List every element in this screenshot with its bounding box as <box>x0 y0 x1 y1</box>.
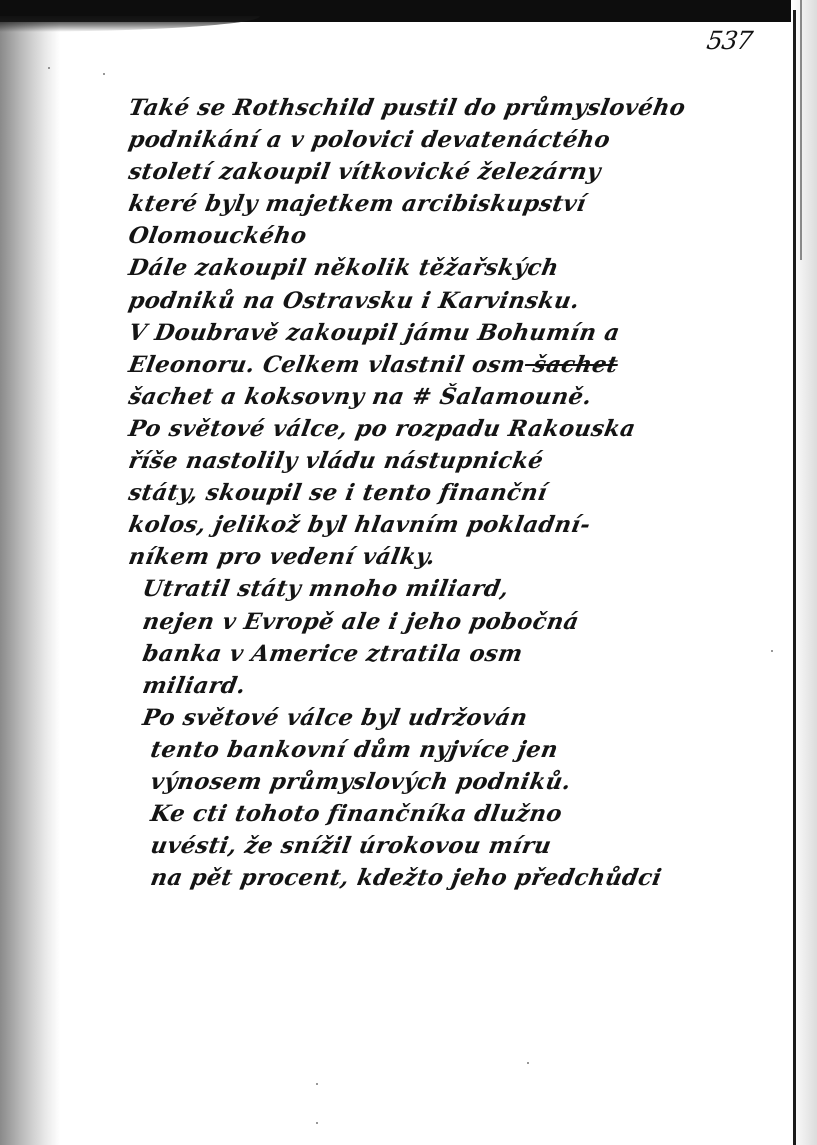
manuscript-line: podniků na Ostravsku i Karvinsku. <box>126 285 802 317</box>
manuscript-line: podnikání a v polovici devatenáctého <box>126 124 802 156</box>
manuscript-line-text: miliard. <box>141 673 248 699</box>
manuscript-line: miliard. <box>126 670 802 702</box>
manuscript-line: Olomouckého <box>126 220 802 252</box>
scan-top-border <box>0 0 817 22</box>
manuscript-line-text: tento bankovní dům nyjvíce jen <box>149 737 561 763</box>
manuscript-line-text: výnosem průmyslových podniků. <box>149 769 574 795</box>
manuscript-line-text: Po světové válce byl udržován <box>141 705 530 731</box>
manuscript-line-text: banka v Americe ztratila osm <box>141 641 525 667</box>
page-number: 537 <box>705 26 754 55</box>
manuscript-line: které byly majetkem arcibiskupství <box>126 188 802 220</box>
manuscript-line-text: podniků na Ostravsku i Karvinsku. <box>127 288 582 314</box>
manuscript-line-text: Dále zakoupil několik těžařských <box>127 255 561 281</box>
manuscript-line: Po světové válce, po rozpadu Rakouska <box>126 413 802 445</box>
manuscript-line: šachet a koksovny na # Šalamouně. <box>126 381 802 413</box>
manuscript-line-text: V Doubravě zakoupil jámu Bohumín a <box>127 320 622 346</box>
manuscript-line-text: Také se Rothschild pustil do průmyslovéh… <box>127 95 688 121</box>
manuscript-line-text: říše nastolily vládu nástupnické <box>127 448 546 474</box>
manuscript-line: století zakoupil vítkovické železárny <box>126 156 802 188</box>
manuscript-line: V Doubravě zakoupil jámu Bohumín a <box>126 317 802 349</box>
manuscript-line: výnosem průmyslových podniků. <box>126 766 802 798</box>
manuscript-line-text: Utratil státy mnoho miliard, <box>141 576 511 602</box>
manuscript-line-text: Po světové válce, po rozpadu Rakouska <box>127 416 638 442</box>
manuscript-line: říše nastolily vládu nástupnické <box>126 445 802 477</box>
manuscript-line: nejen v Evropě ale i jeho pobočná <box>126 606 802 638</box>
manuscript-line-text: Ke cti tohoto finančníka dlužno <box>149 801 565 827</box>
manuscript-line: Eleonoru. Celkem vlastnil osm šachet <box>126 349 802 381</box>
manuscript-line-text: Eleonoru. Celkem vlastnil osm <box>127 352 528 378</box>
manuscript-line-text: šachet a koksovny na # Šalamouně. <box>127 384 594 410</box>
manuscript-line: tento bankovní dům nyjvíce jen <box>126 734 802 766</box>
manuscript-line: Utratil státy mnoho miliard, <box>126 573 802 605</box>
manuscript-line: uvésti, že snížil úrokovou míru <box>126 830 802 862</box>
manuscript-line: na pět procent, kdežto jeho předchůdci <box>126 862 802 894</box>
handwritten-text-body: Také se Rothschild pustil do průmyslovéh… <box>126 92 796 894</box>
manuscript-line-text: kolos, jelikož byl hlavním pokladní- <box>127 512 593 538</box>
manuscript-line: Po světové válce byl udržován <box>126 702 802 734</box>
manuscript-line: kolos, jelikož byl hlavním pokladní- <box>126 509 802 541</box>
manuscript-line: Také se Rothschild pustil do průmyslovéh… <box>126 92 802 124</box>
manuscript-line-text: podnikání a v polovici devatenáctého <box>127 127 613 153</box>
manuscript-line: Ke cti tohoto finančníka dlužno <box>126 798 802 830</box>
struck-out-word: šachet <box>523 352 620 378</box>
manuscript-line: Dále zakoupil několik těžařských <box>126 252 802 284</box>
manuscript-line-text: které byly majetkem arcibiskupství <box>127 191 589 217</box>
manuscript-line-text: Olomouckého <box>127 223 309 249</box>
manuscript-line-text: státy, skoupil se i tento finanční <box>127 480 550 506</box>
manuscript-line-text: uvésti, že snížil úrokovou míru <box>149 833 554 859</box>
manuscript-line-text: století zakoupil vítkovické železárny <box>127 159 603 185</box>
manuscript-line-text: nejen v Evropě ale i jeho pobočná <box>141 609 581 635</box>
manuscript-line-text: na pět procent, kdežto jeho předchůdci <box>149 865 664 891</box>
scan-left-shadow <box>0 18 60 1145</box>
manuscript-line: banka v Americe ztratila osm <box>126 638 802 670</box>
manuscript-line: státy, skoupil se i tento finanční <box>126 477 802 509</box>
manuscript-line-text: níkem pro vedení války. <box>127 544 438 570</box>
manuscript-line: níkem pro vedení války. <box>126 541 802 573</box>
